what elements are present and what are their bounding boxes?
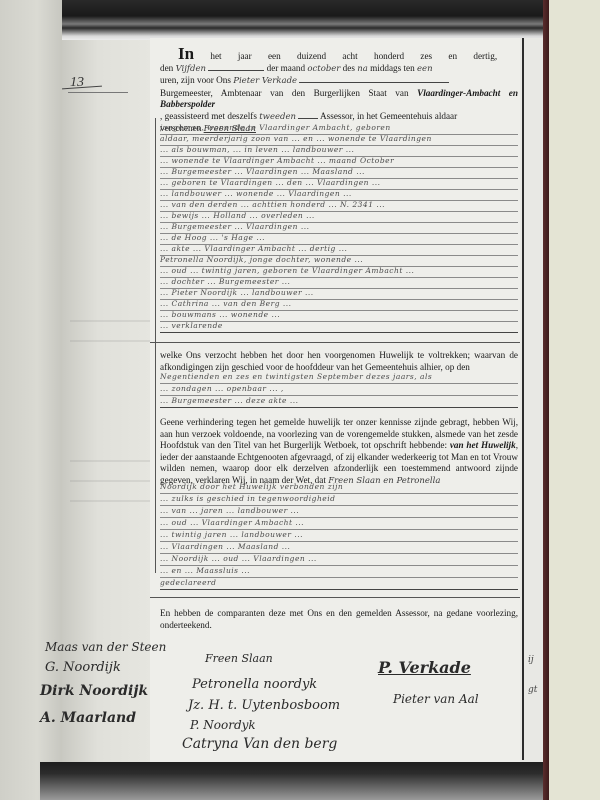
month-field: october	[307, 64, 340, 74]
left-page-margin	[62, 0, 152, 800]
handwritten-line: ... van ... jaren ... landbouwer ...	[160, 506, 518, 518]
signature: Maas van der Steen	[45, 640, 166, 654]
handwritten-line: ... oud ... Vlaardinger Ambacht ...	[160, 518, 518, 530]
next-page-glimpse: ij	[528, 655, 534, 665]
bleed-through-line	[70, 480, 150, 482]
top-binding-shadow	[62, 0, 544, 40]
header-line-1: In het jaar een duizend acht honderd zes…	[178, 48, 497, 63]
bleed-through-line	[70, 320, 150, 322]
section-separator	[150, 597, 520, 598]
handwritten-line: Noordijk door het Huwelijk verbonden zij…	[160, 482, 518, 494]
header-line-4: Burgemeester, Ambtenaar van den Burgerli…	[160, 88, 518, 111]
handwritten-line: Negentienden en zes en twintigsten Septe…	[160, 372, 518, 384]
declaration-paragraph: Geene verhindering tegen het gemelde huw…	[160, 417, 518, 487]
day-field: Vijfden	[176, 64, 206, 74]
signature: A. Maarland	[40, 710, 136, 726]
handwritten-line: ... Burgemeester ... deze akte ...	[160, 396, 518, 408]
background-wall	[549, 0, 600, 800]
signature: Freen Slaan	[205, 652, 273, 665]
bleed-through-line	[70, 340, 150, 342]
handwritten-line: ... twintig jaren ... landbouwer ...	[160, 530, 518, 542]
handwritten-line: gedeclareerd	[160, 578, 518, 590]
handwritten-line: ... en ... Maassluis ...	[160, 566, 518, 578]
handwritten-line: ... Noordijk ... oud ... Vlaardingen ...	[160, 554, 518, 566]
header-line-5: , geassisteerd met deszelfs tweeden Asse…	[160, 111, 518, 124]
signature: Dirk Noordijk	[40, 683, 148, 699]
back-page	[0, 0, 62, 800]
handwritten-line: ... zulks is geschied in tegenwoordighei…	[160, 494, 518, 506]
signature: P. Noordyk	[190, 718, 256, 732]
signature: Catryna Van den berg	[182, 736, 337, 752]
signature-bride: Petronella noordyk	[192, 677, 317, 692]
signature: G. Noordijk	[45, 660, 121, 675]
margin-rule	[68, 92, 128, 93]
signature-official: P. Verkade	[378, 658, 471, 677]
signature-assessor: Pieter van Aal	[393, 692, 479, 706]
section-separator	[150, 342, 520, 343]
next-page-glimpse: gt	[528, 685, 537, 695]
request-paragraph: welke Ons verzocht hebben het door hen v…	[160, 350, 518, 373]
handwritten-line: ... verklarende	[160, 321, 518, 333]
bleed-through-line	[70, 460, 150, 462]
bottom-binding-shadow	[40, 762, 550, 800]
right-border-rule	[522, 38, 524, 760]
handwritten-line: ... Vlaardingen ... Maasland ...	[160, 542, 518, 554]
header-line-3: uren, zijn voor Ons Pieter Verkade	[160, 75, 518, 88]
handwritten-line: ... zondagen ... openbaar ... ,	[160, 384, 518, 396]
official-name: Pieter Verkade	[233, 76, 297, 86]
header-line-2: den Vijfden der maand october des na mid…	[160, 63, 518, 76]
closing-paragraph: En hebben de comparanten deze met Ons en…	[160, 608, 518, 631]
bleed-through-line	[70, 500, 150, 502]
signature: Jz. H. t. Uytenbosboom	[188, 698, 340, 713]
left-border-rule	[155, 118, 156, 573]
record-number: 13	[70, 75, 84, 91]
